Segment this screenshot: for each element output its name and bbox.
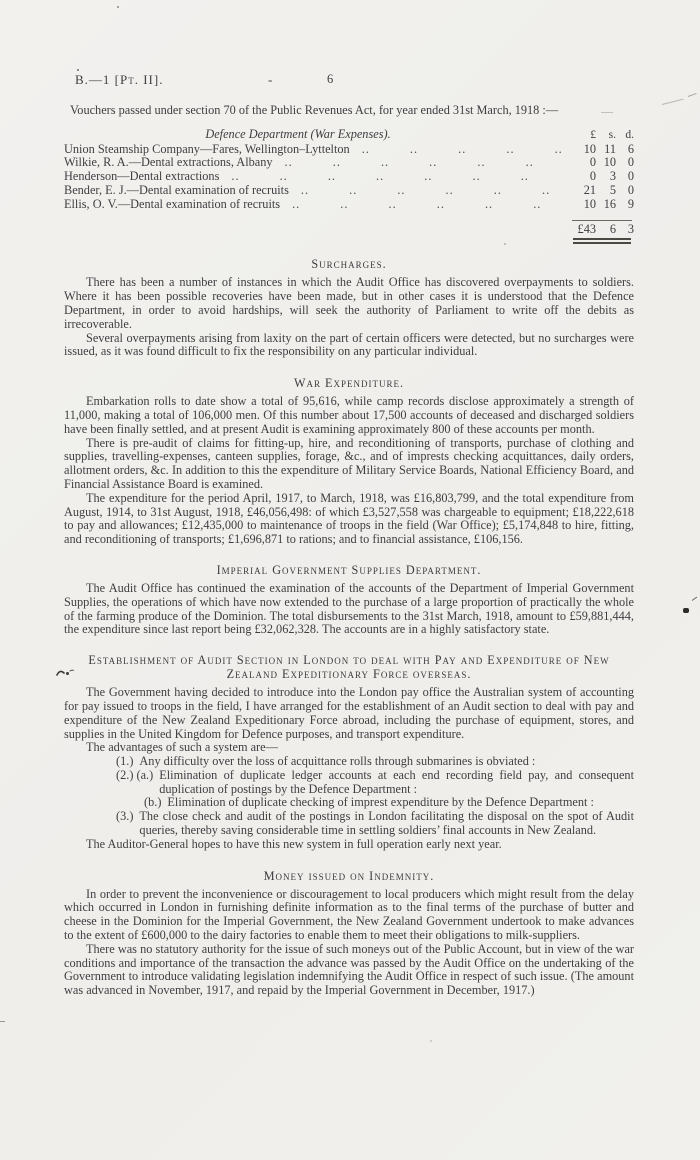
list-item: (2.) (a.) Elimination of duplicate ledge… (116, 769, 634, 797)
paragraph: The expenditure for the period April, 19… (64, 492, 634, 547)
dot-leader: .. .. .. .. .. .. .. (273, 156, 562, 170)
voucher-description: Henderson—Dental extractions (64, 170, 219, 184)
list-item: (1.) Any difficulty over the loss of acq… (116, 755, 634, 769)
section-heading-money-indemnity: Money issued on Indemnity. (79, 869, 619, 883)
voucher-pounds: 0 (562, 156, 596, 170)
shillings-column-header: s. (596, 129, 616, 143)
list-item-marker: (3.) (116, 810, 139, 838)
total-row: £43 6 3 (64, 223, 634, 237)
voucher-shillings: 3 (596, 170, 616, 184)
list-item-text: Any difficulty over the loss of acquitta… (139, 755, 634, 769)
paragraph: Embarkation rolls to date show a total o… (64, 395, 634, 436)
dot-leader: .. .. .. .. .. .. .. (280, 198, 562, 212)
paragraph: In order to prevent the inconvenience or… (64, 888, 634, 943)
section-heading-imperial-supplies: Imperial Government Supplies Department. (79, 563, 619, 577)
paragraph: There has been a number of instances in … (64, 276, 634, 331)
total-shillings: 6 (596, 223, 616, 237)
report-body: Surcharges. There has been a number of i… (64, 257, 634, 998)
total-pence: 3 (616, 223, 634, 237)
vouchers-table: Defence Department (War Expenses). £ s. … (64, 128, 634, 245)
paragraph: The Government having decided to introdu… (64, 686, 634, 741)
page-header: B.—1 [Pt. II]. - 6 (64, 72, 634, 88)
table-row: Union Steamship Company—Fares, Wellingto… (64, 143, 634, 157)
dot-leader: .. .. .. .. .. .. (350, 143, 562, 157)
voucher-pence: 6 (616, 143, 634, 157)
section-heading-establishment: Establishment of Audit Section in London… (84, 653, 614, 681)
voucher-pounds: 10 (562, 143, 596, 157)
voucher-description: Ellis, O. V.—Dental examination of recru… (64, 198, 280, 212)
total-rule (572, 220, 632, 221)
voucher-description: Wilkie, R. A.—Dental extractions, Albany (64, 156, 273, 170)
advantages-intro: The advantages of such a system are— (64, 741, 634, 755)
amount-column-headers: £ s. d. (562, 129, 634, 143)
table-row: Wilkie, R. A.—Dental extractions, Albany… (64, 156, 634, 170)
voucher-pounds: 10 (562, 198, 596, 212)
voucher-shillings: 11 (596, 143, 616, 157)
list-item-marker: (1.) (116, 755, 139, 769)
list-item: (3.) The close check and audit of the po… (116, 810, 634, 838)
header-dash: - (268, 72, 272, 88)
voucher-description: Union Steamship Company—Fares, Wellingto… (64, 143, 350, 157)
pounds-column-header: £ (562, 129, 596, 143)
list-item-marker: (b.) (144, 796, 167, 810)
voucher-description: Bender, E. J.—Dental examination of recr… (64, 184, 289, 198)
voucher-pounds: 0 (562, 170, 596, 184)
paragraph: There was no statutory authority for the… (64, 943, 634, 998)
table-row: Henderson—Dental extractions .. .. .. ..… (64, 170, 634, 184)
list-item-text: The close check and audit of the posting… (139, 810, 634, 838)
dot-leader: .. .. .. .. .. .. .. .. (219, 170, 562, 184)
document-reference: B.—1 [Pt. II]. (75, 72, 163, 88)
voucher-pence: 0 (616, 170, 634, 184)
section-heading-surcharges: Surcharges. (79, 257, 619, 271)
paragraph: Several overpayments arising from laxity… (64, 332, 634, 360)
section-heading-war-expenditure: War Expenditure. (79, 376, 619, 390)
pence-column-header: d. (616, 129, 634, 143)
total-pounds: £43 (562, 223, 596, 237)
list-item-marker: (2.) (a.) (116, 769, 159, 797)
list-item-text: Elimination of duplicate ledger accounts… (159, 769, 634, 797)
advantages-list: (1.) Any difficulty over the loss of acq… (116, 755, 634, 838)
vouchers-table-title: Defence Department (War Expenses). (64, 128, 562, 142)
voucher-shillings: 10 (596, 156, 616, 170)
document-page: B.—1 [Pt. II]. - 6 Vouchers passed under… (0, 0, 700, 1160)
page-number: 6 (327, 72, 333, 87)
margin-annotation-mark (55, 666, 75, 680)
voucher-pence: 0 (616, 156, 634, 170)
total-double-rule (573, 238, 631, 244)
paragraph: There is pre-audit of claims for fitting… (64, 437, 634, 492)
table-row: Bender, E. J.—Dental examination of recr… (64, 184, 634, 198)
intro-line: Vouchers passed under section 70 of the … (70, 104, 640, 118)
list-item-text: Elimination of duplicate checking of imp… (167, 796, 634, 810)
establishment-closing: The Auditor-General hopes to have this n… (64, 838, 634, 852)
voucher-pence: 9 (616, 198, 634, 212)
table-row: Ellis, O. V.—Dental examination of recru… (64, 198, 634, 212)
voucher-pence: 0 (616, 184, 634, 198)
voucher-shillings: 5 (596, 184, 616, 198)
paragraph: The Audit Office has continued the exami… (64, 582, 634, 637)
dot-leader: .. .. .. .. .. .. .. (289, 184, 562, 198)
voucher-pounds: 21 (562, 184, 596, 198)
vouchers-title-row: Defence Department (War Expenses). £ s. … (64, 128, 634, 143)
voucher-shillings: 16 (596, 198, 616, 212)
list-item: (b.) Elimination of duplicate checking o… (144, 796, 634, 810)
